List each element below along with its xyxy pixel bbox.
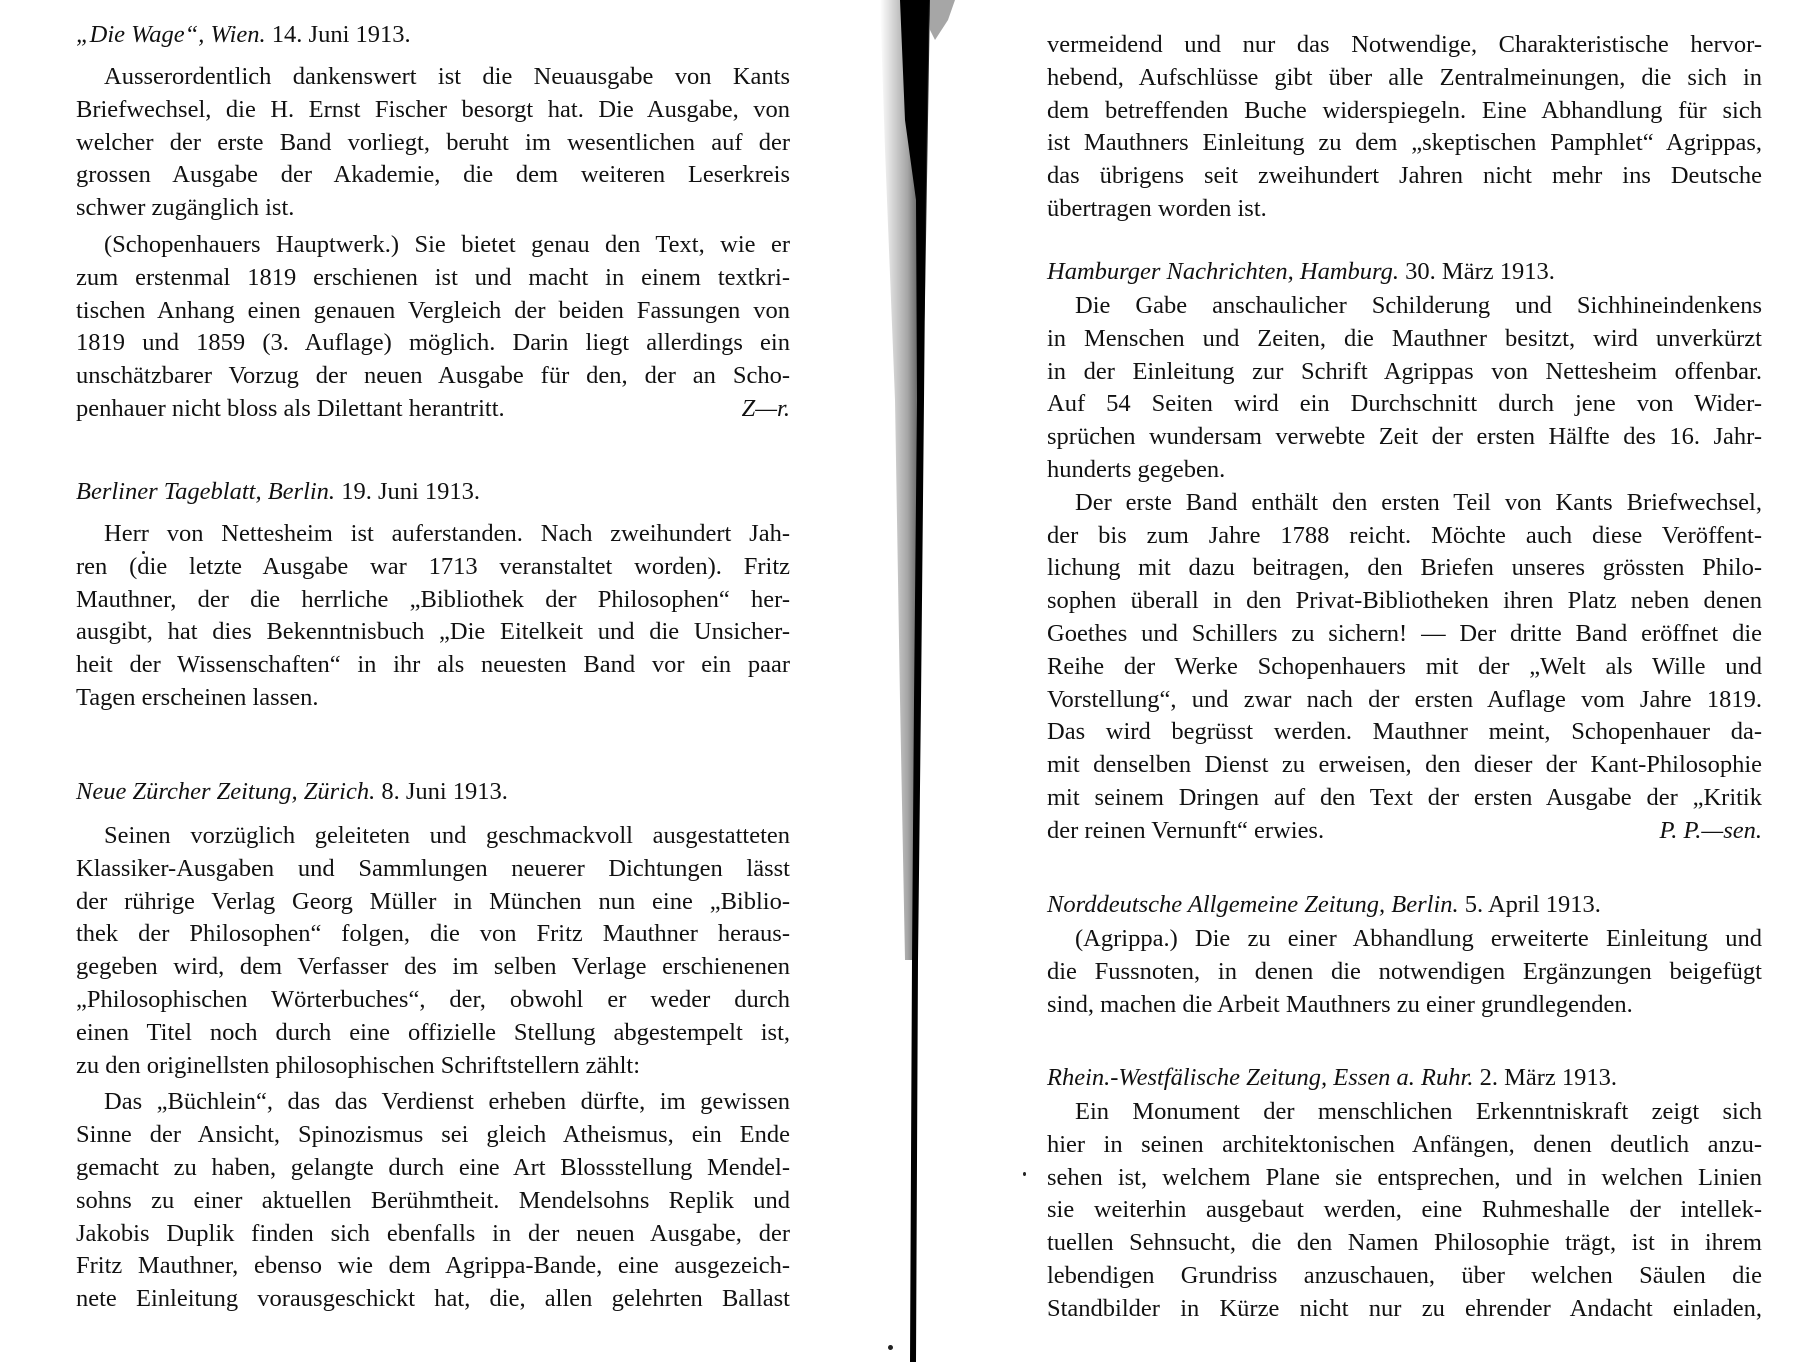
- text-line: tischen Anhang einen genauen Vergleich d…: [76, 295, 790, 328]
- paragraph: vermeidend und nur das Notwendige, Chara…: [1047, 29, 1762, 226]
- paragraph: Seinen vorzüglich geleiteten und geschma…: [76, 820, 790, 1082]
- text-line: der reinen Vernunft“ erwies.: [1047, 815, 1324, 848]
- text-line: in der Einleitung zur Schrift Agrippas v…: [1047, 356, 1762, 389]
- text-line: Fritz Mauthner, ebenso wie dem Agrippa-B…: [76, 1250, 790, 1283]
- review-heading: Norddeutsche Allgemeine Zeitung, Berlin.…: [1047, 888, 1762, 921]
- paragraph: (Schopenhauers Hauptwerk.) Sie bietet ge…: [76, 229, 790, 426]
- text-line: welcher der erste Band vorliegt, beruht …: [76, 127, 790, 160]
- newspaper-source: Neue Zürcher Zeitung, Zürich.: [76, 778, 375, 805]
- text-line: tuellen Sehnsucht, die den Namen Philoso…: [1047, 1227, 1762, 1260]
- ink-speck: [888, 1345, 893, 1350]
- text-line: Seinen vorzüglich geleiteten und geschma…: [76, 820, 790, 853]
- text-line: grossen Ausgabe der Akademie, die dem we…: [76, 159, 790, 192]
- text-line: Das „Büchlein“, das das Verdienst erhebe…: [76, 1086, 790, 1119]
- text-line: heit der Wissenschaften“ in ihr als neue…: [76, 649, 790, 682]
- paragraph: Die Gabe anschaulicher Schilderung und S…: [1047, 290, 1762, 487]
- reviewer-signature: P. P.—sen.: [1659, 815, 1762, 848]
- paragraph: (Agrippa.) Die zu einer Abhandlung erwei…: [1047, 923, 1762, 1021]
- review-date: 2. März 1913.: [1473, 1064, 1617, 1091]
- text-line: sie weiterhin ausgebaut werden, eine Ruh…: [1047, 1194, 1762, 1227]
- text-line: thek der Philosophen“ folgen, die von Fr…: [76, 918, 790, 951]
- text-line: penhauer nicht bloss als Dilettant heran…: [76, 393, 505, 426]
- review-heading: Berliner Tageblatt, Berlin. 19. Juni 191…: [76, 475, 790, 508]
- text-line: Ein Monument der menschlichen Erkenntnis…: [1047, 1096, 1762, 1129]
- text-line: Das wird begrüsst werden. Mauthner meint…: [1047, 716, 1762, 749]
- text-line: mit denselben Dienst zu erweisen, den di…: [1047, 749, 1762, 782]
- text-line: (Agrippa.) Die zu einer Abhandlung erwei…: [1047, 923, 1762, 956]
- text-line-with-signature: penhauer nicht bloss als Dilettant heran…: [76, 393, 790, 426]
- text-line: sohns zu einer aktuellen Berühmtheit. Me…: [76, 1185, 790, 1218]
- text-line: Briefwechsel, die H. Ernst Fischer besor…: [76, 94, 790, 127]
- review-berliner-tageblatt: Berliner Tageblatt, Berlin. 19. Juni 191…: [76, 475, 790, 715]
- text-line: hier in seinen architektonischen Anfänge…: [1047, 1129, 1762, 1162]
- text-line: Auf 54 Seiten wird ein Durchschnitt durc…: [1047, 388, 1762, 421]
- newspaper-source: Rhein.-Westfälische Zeitung, Essen a. Ru…: [1047, 1064, 1473, 1091]
- text-line: sind, machen die Arbeit Mauthners zu ein…: [1047, 989, 1762, 1022]
- paragraph: Der erste Band enthält den ersten Teil v…: [1047, 487, 1762, 848]
- review-heading: Rhein.-Westfälische Zeitung, Essen a. Ru…: [1047, 1061, 1762, 1094]
- text-line: ren (die letzte Ausgabe war 1713 veranst…: [76, 551, 790, 584]
- text-line: unschätzbarer Vorzug der neuen Ausgabe f…: [76, 360, 790, 393]
- newspaper-source: Hamburger Nachrichten, Hamburg.: [1047, 258, 1399, 285]
- text-line: lebendigen Grundriss anzuschauen, über w…: [1047, 1260, 1762, 1293]
- text-line: Goethes und Schillers zu sichern! — Der …: [1047, 618, 1762, 651]
- text-line-with-signature: der reinen Vernunft“ erwies. P. P.—sen.: [1047, 815, 1762, 848]
- text-line: schwer zugänglich ist.: [76, 192, 790, 225]
- review-hamburger-nachrichten: Hamburger Nachrichten, Hamburg. 30. März…: [1047, 255, 1762, 848]
- text-line: Die Gabe anschaulicher Schilderung und S…: [1047, 290, 1762, 323]
- review-heading: Hamburger Nachrichten, Hamburg. 30. März…: [1047, 255, 1762, 288]
- paragraph: Das „Büchlein“, das das Verdienst erhebe…: [76, 1086, 790, 1316]
- text-line: Vorstellung“, und zwar nach der ersten A…: [1047, 684, 1762, 717]
- text-line: übertragen worden ist.: [1047, 193, 1762, 226]
- text-line: das übrigens seit zweihundert Jahren nic…: [1047, 160, 1762, 193]
- text-line: Tagen erscheinen lassen.: [76, 682, 790, 715]
- newspaper-source: Norddeutsche Allgemeine Zeitung, Berlin.: [1047, 891, 1459, 918]
- text-line: gegeben wird, dem Verfasser des im selbe…: [76, 951, 790, 984]
- text-line: sprüchen wundersam verwebte Zeit der ers…: [1047, 421, 1762, 454]
- text-line: sophen überall in den Privat-Bibliotheke…: [1047, 585, 1762, 618]
- paragraph: Herr von Nettesheim ist auferstanden. Na…: [76, 518, 790, 715]
- review-continuation: vermeidend und nur das Notwendige, Chara…: [1047, 29, 1762, 226]
- review-die-wage: „Die Wage“, Wien. 14. Juni 1913. Aussero…: [76, 18, 790, 426]
- reviewer-signature: Z—r.: [742, 393, 790, 426]
- text-line: Ausserordentlich dankenswert ist die Neu…: [76, 61, 790, 94]
- review-rhein-westfaelische-zeitung: Rhein.-Westfälische Zeitung, Essen a. Ru…: [1047, 1061, 1762, 1326]
- text-line: Reihe der Werke Schopenhauers mit der „W…: [1047, 651, 1762, 684]
- text-line: hunderts gegeben.: [1047, 454, 1762, 487]
- text-line: einen Titel noch durch eine offizielle S…: [76, 1017, 790, 1050]
- review-date: 5. April 1913.: [1459, 891, 1601, 918]
- review-neue-zuercher-zeitung: Neue Zürcher Zeitung, Zürich. 8. Juni 19…: [76, 775, 790, 1316]
- text-line: Der erste Band enthält den ersten Teil v…: [1047, 487, 1762, 520]
- text-line: hebend, Aufschlüsse gibt über alle Zentr…: [1047, 62, 1762, 95]
- paragraph: Ein Monument der menschlichen Erkenntnis…: [1047, 1096, 1762, 1326]
- text-line: in Menschen und Zeiten, die Mauthner bes…: [1047, 323, 1762, 356]
- review-date: 8. Juni 1913.: [375, 778, 508, 805]
- text-line: lichung mit dazu beitragen, den Briefen …: [1047, 552, 1762, 585]
- text-line: (Schopenhauers Hauptwerk.) Sie bietet ge…: [76, 229, 790, 262]
- text-line: Herr von Nettesheim ist auferstanden. Na…: [76, 518, 790, 551]
- text-line: ausgibt, hat dies Bekenntnisbuch „Die Ei…: [76, 616, 790, 649]
- newspaper-source: „Die Wage“, Wien.: [76, 21, 266, 48]
- text-line: der bis zum Jahre 1788 reicht. Möchte au…: [1047, 520, 1762, 553]
- text-line: zu den originellsten philosophischen Sch…: [76, 1050, 790, 1083]
- text-line: Sinne der Ansicht, Spinozismus sei gleic…: [76, 1119, 790, 1152]
- review-date: 30. März 1913.: [1399, 258, 1555, 285]
- text-line: dem betreffenden Buche widerspiegeln. Ei…: [1047, 95, 1762, 128]
- paragraph: Ausserordentlich dankenswert ist die Neu…: [76, 61, 790, 225]
- text-line: Standbilder in Kürze nicht nur zu ehrend…: [1047, 1293, 1762, 1326]
- text-line: 1819 und 1859 (3. Auflage) möglich. Dari…: [76, 327, 790, 360]
- text-line: nete Einleitung vorausgeschickt hat, die…: [76, 1283, 790, 1316]
- text-line: sehen ist, welchem Plane sie entsprechen…: [1047, 1162, 1762, 1195]
- text-line: zum erstenmal 1819 erschienen ist und ma…: [76, 262, 790, 295]
- ink-speck: [1023, 1172, 1026, 1176]
- text-line: die Fussnoten, in denen die notwendigen …: [1047, 956, 1762, 989]
- text-line: „Philosophischen Wörterbuches“, der, obw…: [76, 984, 790, 1017]
- text-line: Klassiker-Ausgaben und Sammlungen neuere…: [76, 853, 790, 886]
- review-heading: „Die Wage“, Wien. 14. Juni 1913.: [76, 18, 790, 51]
- text-line: der rührige Verlag Georg Müller in Münch…: [76, 886, 790, 919]
- review-date: 19. Juni 1913.: [335, 478, 480, 505]
- review-heading: Neue Zürcher Zeitung, Zürich. 8. Juni 19…: [76, 775, 790, 808]
- text-line: Mauthner, der die herrliche „Bibliothek …: [76, 584, 790, 617]
- text-line: gemacht zu haben, gelangte durch eine Ar…: [76, 1152, 790, 1185]
- review-date: 14. Juni 1913.: [266, 21, 411, 48]
- newspaper-source: Berliner Tageblatt, Berlin.: [76, 478, 335, 505]
- review-norddeutsche-allgemeine-zeitung: Norddeutsche Allgemeine Zeitung, Berlin.…: [1047, 888, 1762, 1021]
- text-line: mit seinem Dringen auf den Text der erst…: [1047, 782, 1762, 815]
- text-line: ist Mauthners Einleitung zu dem „skeptis…: [1047, 127, 1762, 160]
- text-line: vermeidend und nur das Notwendige, Chara…: [1047, 29, 1762, 62]
- text-line: Jakobis Duplik finden sich ebenfalls in …: [76, 1218, 790, 1251]
